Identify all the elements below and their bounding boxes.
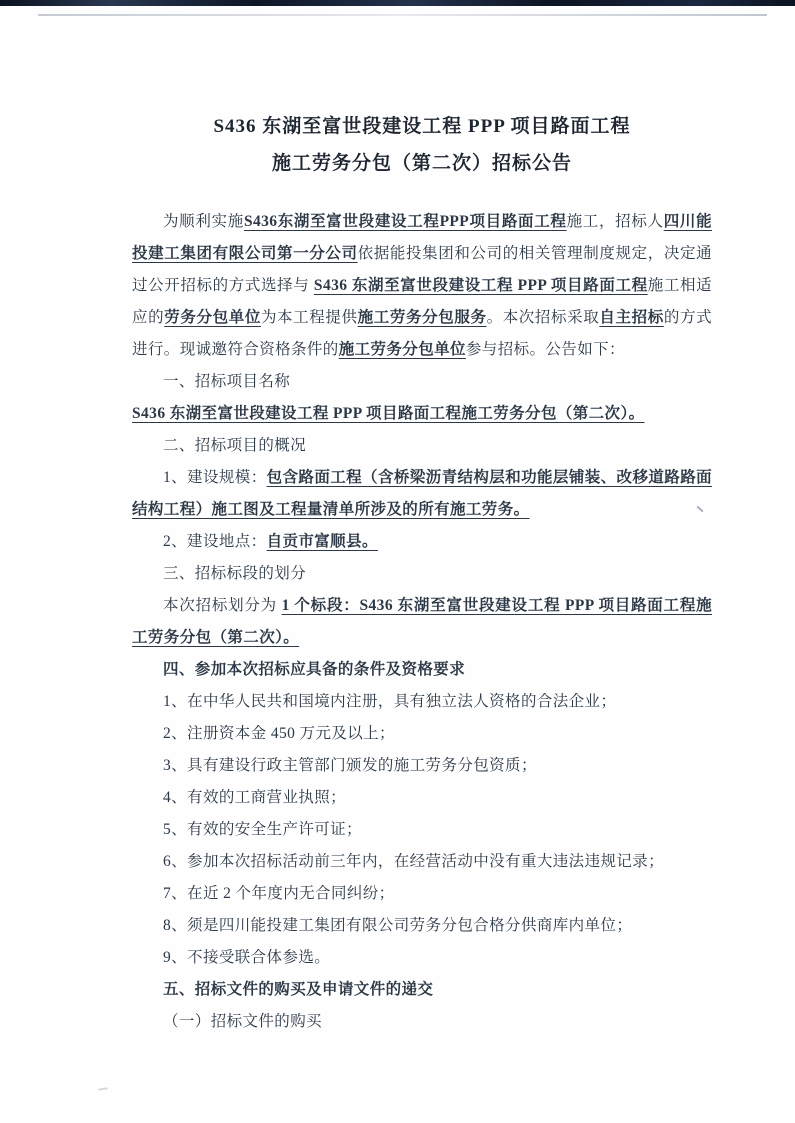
document-title: S436 东湖至富世段建设工程 PPP 项目路面工程 施工劳务分包（第二次）招标… [132, 108, 712, 182]
text-run: 9、不接受联合体参选。 [163, 949, 330, 966]
text-run: 2、注册资本金 450 万元及以上； [163, 725, 395, 742]
paragraph: 9、不接受联合体参选。 [132, 942, 712, 974]
paragraph: 4、有效的工商营业执照； [132, 782, 712, 814]
paragraph: 8、须是四川能投建工集团有限公司劳务分包合格分供商库内单位； [132, 910, 712, 942]
text-run: 三、招标标段的划分 [163, 565, 306, 582]
text-run: 参与招标。公告如下： [466, 341, 625, 358]
text-run: 自贡市富顺县。 [267, 533, 378, 550]
paragraph: 1、在中华人民共和国境内注册，具有独立法人资格的合法企业； [132, 686, 712, 718]
document-title-line2: 施工劳务分包（第二次）招标公告 [132, 145, 712, 182]
document-body: 为顺利实施S436东湖至富世段建设工程PPP项目路面工程施工，招标人四川能投建工… [132, 206, 712, 1038]
text-run: 自主招标 [599, 309, 663, 326]
paragraph: 1、建设规模：包含路面工程（含桥梁沥青结构层和功能层铺装、改移道路路面结构工程）… [132, 462, 712, 526]
text-run: 。本次招标采取 [487, 309, 600, 326]
scanner-edge-artifact [0, 0, 795, 6]
text-run: 劳务分包单位 [164, 309, 261, 326]
paragraph: 五、招标文件的购买及申请文件的递交 [132, 974, 712, 1006]
text-run: 施工劳务分包单位 [339, 341, 466, 358]
text-run: 施工，招标人 [567, 213, 664, 230]
text-run: 7、在近 2 个年度内无合同纠纷； [163, 885, 395, 902]
paragraph: 2、注册资本金 450 万元及以上； [132, 718, 712, 750]
document-title-line1: S436 东湖至富世段建设工程 PPP 项目路面工程 [132, 108, 712, 145]
text-run: 1、在中华人民共和国境内注册，具有独立法人资格的合法企业； [163, 693, 616, 710]
paragraph: 一、招标项目名称 [132, 366, 712, 398]
scan-speck [98, 1087, 108, 1090]
text-run: 3、具有建设行政主管部门颁发的施工劳务分包资质； [163, 757, 537, 774]
scanned-document-page: S436 东湖至富世段建设工程 PPP 项目路面工程 施工劳务分包（第二次）招标… [0, 0, 795, 1123]
paragraph: 四、参加本次招标应具备的条件及资格要求 [132, 654, 712, 686]
text-run: 6、参加本次招标活动前三年内，在经营活动中没有重大违法违规记录； [163, 853, 664, 870]
paragraph: （一）招标文件的购买 [132, 1006, 712, 1038]
text-run: S436东湖至富世段建设工程PPP项目路面工程 [244, 213, 567, 230]
text-run: （一）招标文件的购买 [163, 1013, 322, 1030]
text-run: 为顺利实施 [163, 213, 244, 230]
paragraph: 本次招标划分为 1 个标段：S436 东湖至富世段建设工程 PPP 项目路面工程… [132, 590, 712, 654]
scan-crease-line [38, 14, 767, 16]
text-run: 四、参加本次招标应具备的条件及资格要求 [163, 661, 465, 678]
text-run: 为本工程提供 [261, 309, 358, 326]
text-run: 2、建设地点： [163, 533, 267, 550]
text-run: 5、有效的安全生产许可证； [163, 821, 362, 838]
text-run: 五、招标文件的购买及申请文件的递交 [163, 981, 433, 998]
paragraph: 5、有效的安全生产许可证； [132, 814, 712, 846]
text-run: S436 东湖至富世段建设工程 PPP 项目路面工程 [314, 277, 648, 294]
paragraph: 6、参加本次招标活动前三年内，在经营活动中没有重大违法违规记录； [132, 846, 712, 878]
text-run: 本次招标划分为 [163, 597, 282, 614]
text-run: 一、招标项目名称 [163, 373, 290, 390]
paragraph: 2、建设地点：自贡市富顺县。 [132, 526, 712, 558]
text-run: 二、招标项目的概况 [163, 437, 306, 454]
text-run: S436 东湖至富世段建设工程 PPP 项目路面工程施工劳务分包（第二次）。 [132, 405, 645, 422]
text-run: 8、须是四川能投建工集团有限公司劳务分包合格分供商库内单位； [163, 917, 632, 934]
paragraph: 二、招标项目的概况 [132, 430, 712, 462]
paragraph: 为顺利实施S436东湖至富世段建设工程PPP项目路面工程施工，招标人四川能投建工… [132, 206, 712, 366]
text-run: 1、建设规模： [163, 469, 267, 486]
paragraph: 三、招标标段的划分 [132, 558, 712, 590]
paragraph: S436 东湖至富世段建设工程 PPP 项目路面工程施工劳务分包（第二次）。 [132, 398, 712, 430]
paragraph: 7、在近 2 个年度内无合同纠纷； [132, 878, 712, 910]
text-run: 4、有效的工商营业执照； [163, 789, 346, 806]
paragraph: 3、具有建设行政主管部门颁发的施工劳务分包资质； [132, 750, 712, 782]
text-run: 施工劳务分包服务 [358, 309, 487, 326]
